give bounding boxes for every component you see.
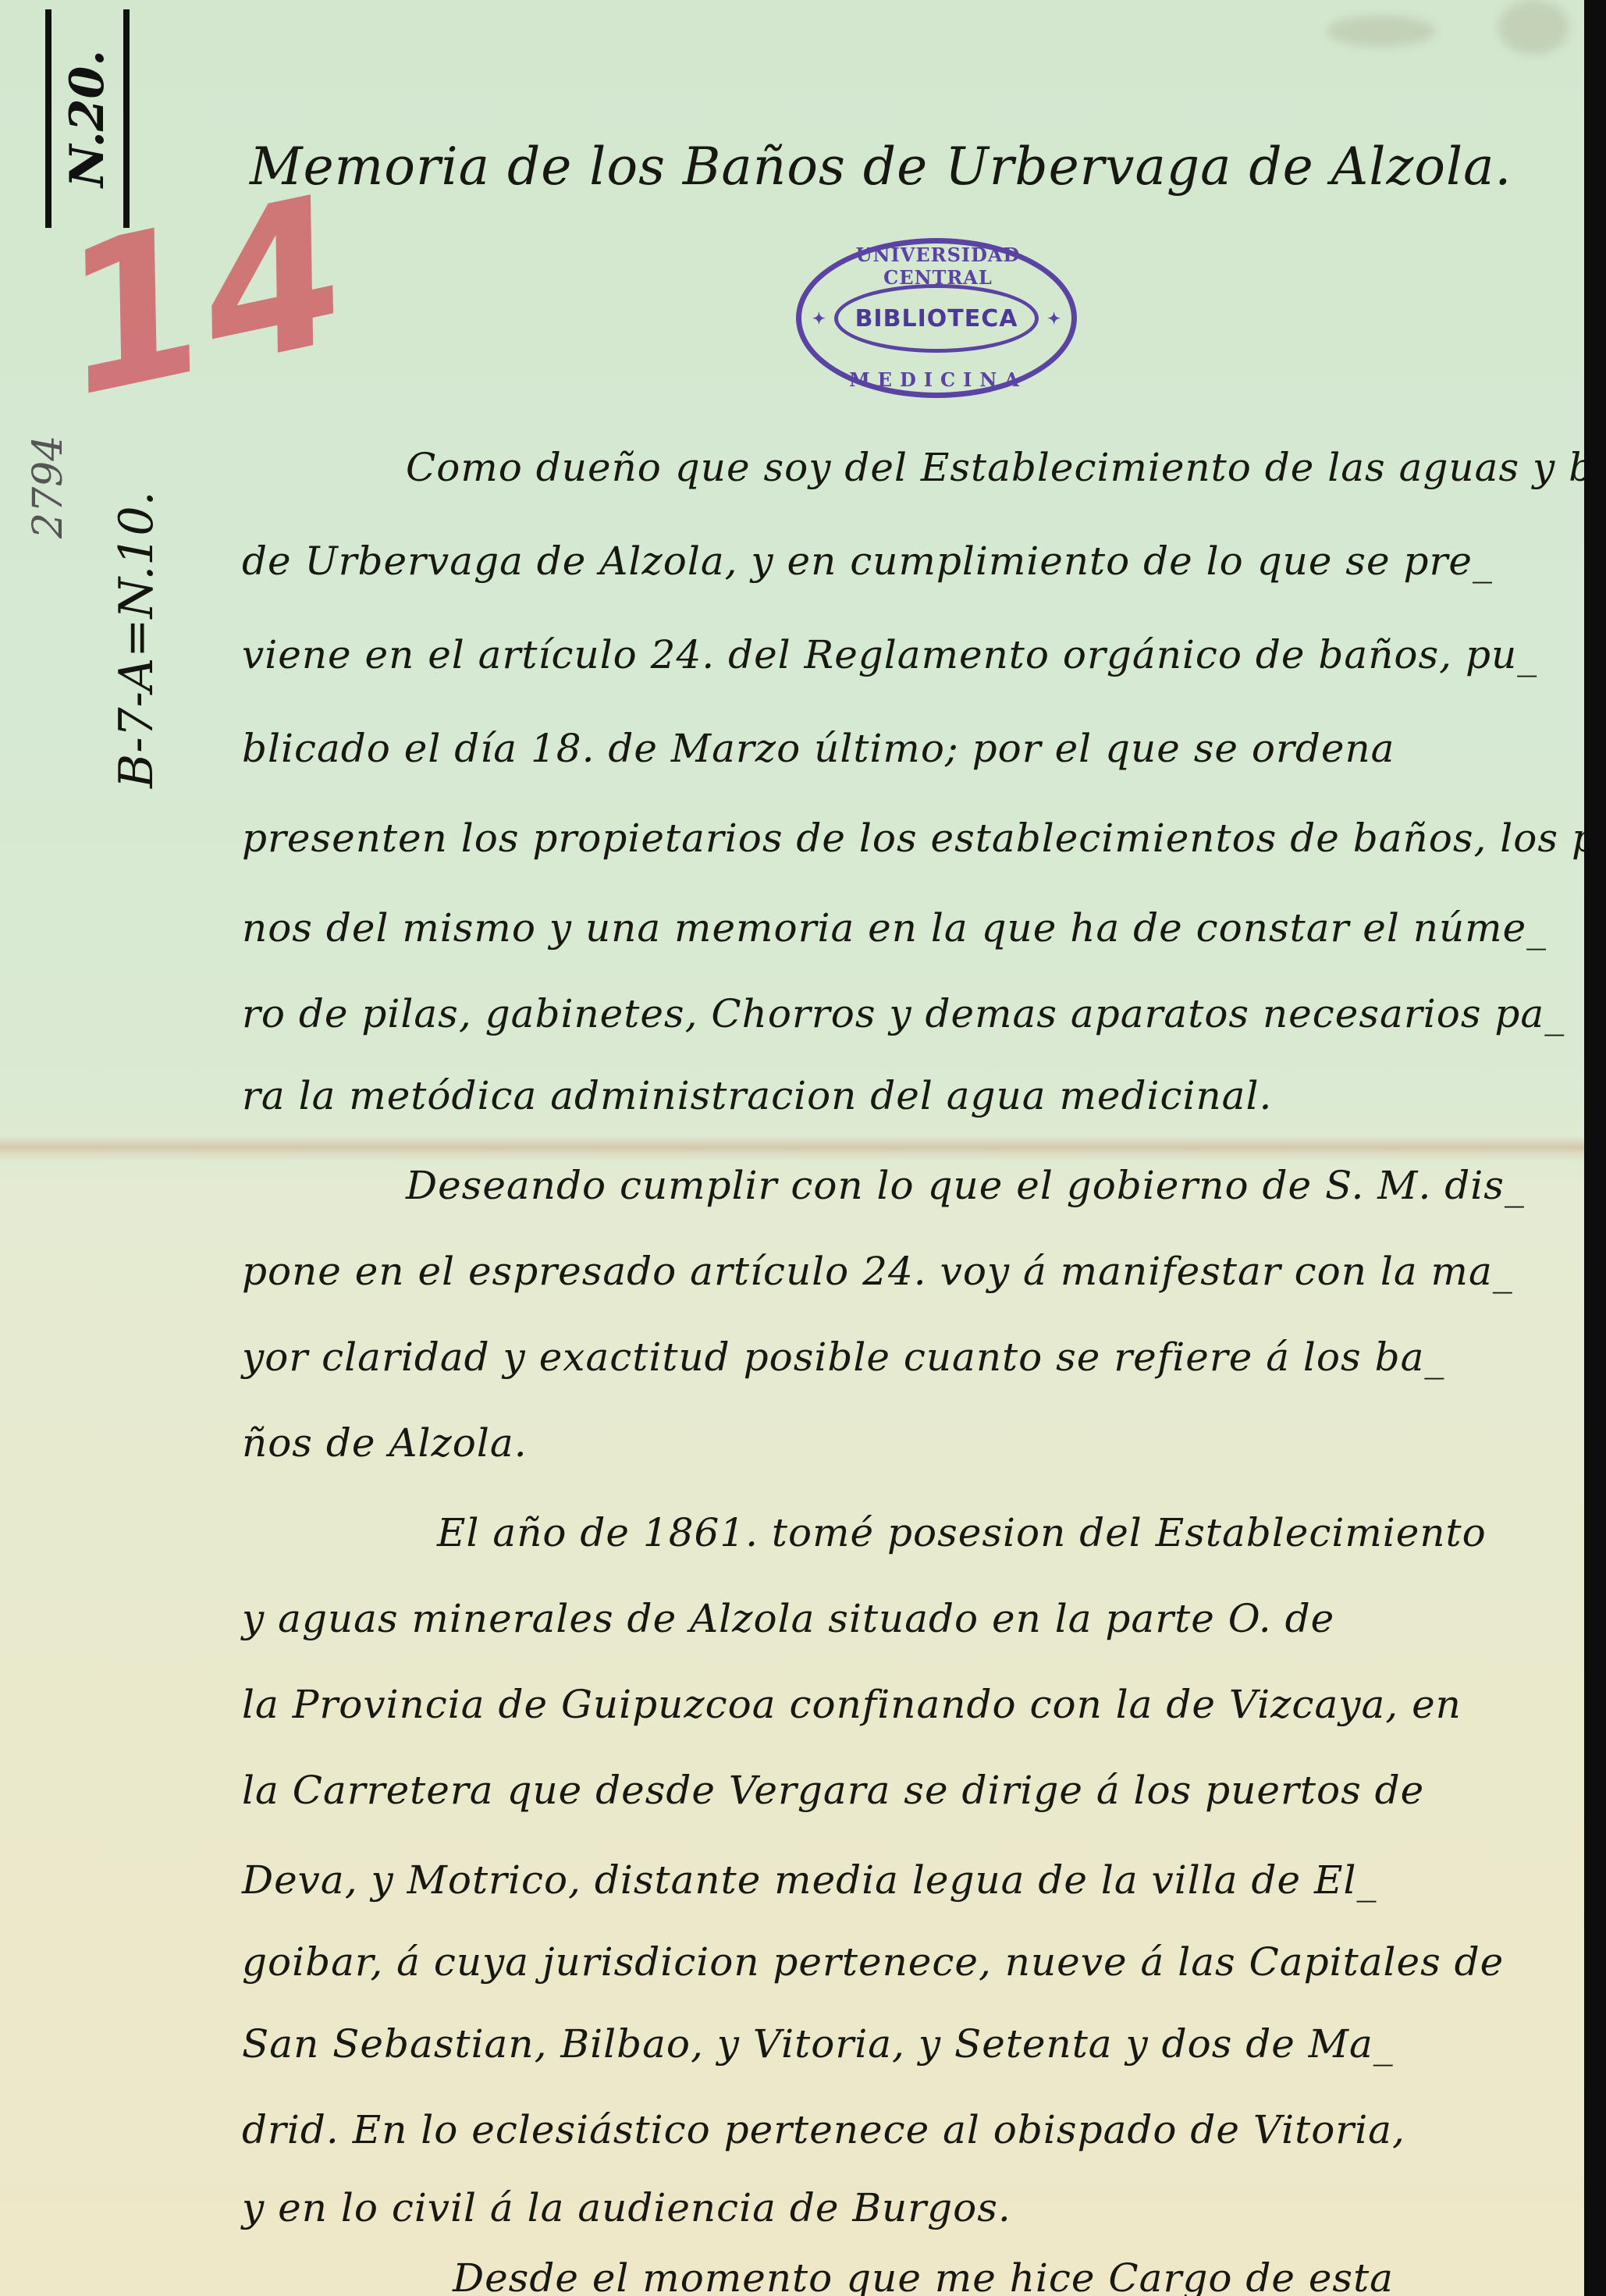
text-line: drid. En lo eclesiástico pertenece al ob… [242,2107,1405,2152]
text-line: ra la metódica administracion del agua m… [242,1073,1272,1118]
stamp-bottom-text: MEDICINA [848,368,1028,391]
text-line: y aguas minerales de Alzola situado en l… [242,1596,1334,1641]
text-line: Desde el momento que me hice Cargo de es… [453,2255,1394,2296]
text-line: yor claridad y exactitud posible cuanto … [242,1335,1444,1380]
text-line: Deseando cumplir con lo que el gobierno … [406,1163,1525,1208]
text-line: nos del mismo y una memoria en la que ha… [242,905,1547,951]
library-stamp: UNIVERSIDAD CENTRAL ✦ ✦ BIBLIOTECA MEDIC… [796,238,1077,398]
text-line: de Urbervaga de Alzola, y en cumplimient… [242,538,1493,584]
stamp-star-icon: ✦ [812,309,826,328]
text-line: ro de pilas, gabinetes, Chorros y demas … [242,991,1565,1036]
text-line: El año de 1861. tomé posesion del Establ… [437,1510,1487,1555]
stamp-center-text: BIBLIOTECA [855,305,1018,332]
text-line: Como dueño que soy del Establecimiento d… [406,445,1606,490]
text-line: y en lo civil á la audiencia de Burgos. [242,2185,1011,2230]
stamp-inner-oval: BIBLIOTECA [834,284,1039,353]
text-line: Deva, y Motrico, distante media legua de… [242,1857,1377,1903]
text-line: San Sebastian, Bilbao, y Vitoria, y Sete… [242,2021,1394,2067]
scan-background-edge [1584,0,1606,2296]
stamp-top-text: UNIVERSIDAD CENTRAL [825,243,1051,289]
paper-stain [1498,0,1569,55]
document-title: Memoria de los Baños de Urbervaga de Alz… [250,137,1512,197]
paper-fold-crease [0,1136,1584,1162]
ink-margin-reference: B-7-A=N.10. [109,491,164,788]
text-line: blicado el día 18. de Marzo último; por … [242,726,1395,771]
text-line: goibar, á cuya jurisdicion pertenece, nu… [242,1939,1504,1985]
manuscript-page: N.20. 14 2794 B-7-A=N.10. Memoria de los… [0,0,1584,2296]
text-line: viene en el artículo 24. del Reglamento … [242,632,1537,677]
catalog-number: N.20. [60,50,115,187]
text-line: pone en el espresado artículo 24. voy á … [242,1249,1513,1294]
text-line: la Provincia de Guipuzcoa confinando con… [242,1682,1462,1727]
text-line: la Carretera que desde Vergara se dirige… [242,1768,1424,1813]
text-line: presenten los propietarios de los establ… [242,816,1606,861]
stamp-star-icon: ✦ [1047,309,1061,328]
text-line: ños de Alzola. [242,1420,528,1466]
pencil-margin-number: 2794 [25,435,72,538]
paper-stain [1327,16,1436,47]
